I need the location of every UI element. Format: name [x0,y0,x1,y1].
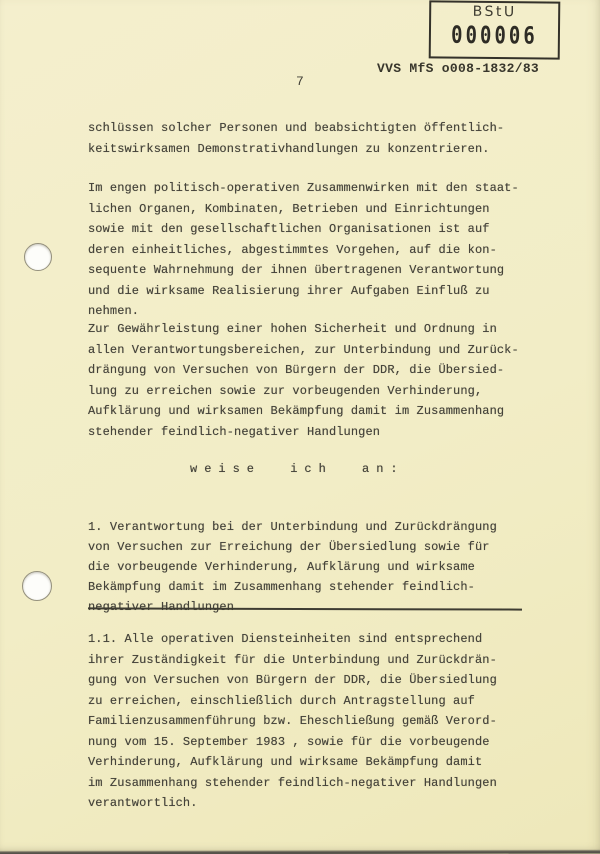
stamp-serial-number: 000006 [451,22,538,50]
paragraph-gewaehrleistung: Zur Gewährleistung einer hohen Sicherhei… [88,319,536,442]
paragraph-demonstrativhandlungen: schlüssen solcher Personen und beabsicht… [88,118,536,159]
section-1-heading: 1. Verantwortung bei der Unterbindung un… [88,517,536,617]
classification-label: VVS MfS o008-1832/83 [377,61,539,76]
document-page: 7 BStU 000006 VVS MfS o008-1832/83 schlü… [0,0,600,854]
paragraph-zusammenwirken: Im engen politisch-operativen Zusammenwi… [88,178,536,322]
directive-line: weise ich an: [190,459,510,480]
scan-bottom-edge [0,849,600,854]
page-number: 7 [296,74,304,89]
bstu-stamp-box: BStU 000006 [429,0,561,59]
paragraph-1-1: 1.1. Alle operativen Diensteinheiten sin… [88,629,536,814]
hole-punch-bottom [22,571,52,601]
stamp-org-label: BStU [473,4,517,20]
hole-punch-top [24,243,52,271]
